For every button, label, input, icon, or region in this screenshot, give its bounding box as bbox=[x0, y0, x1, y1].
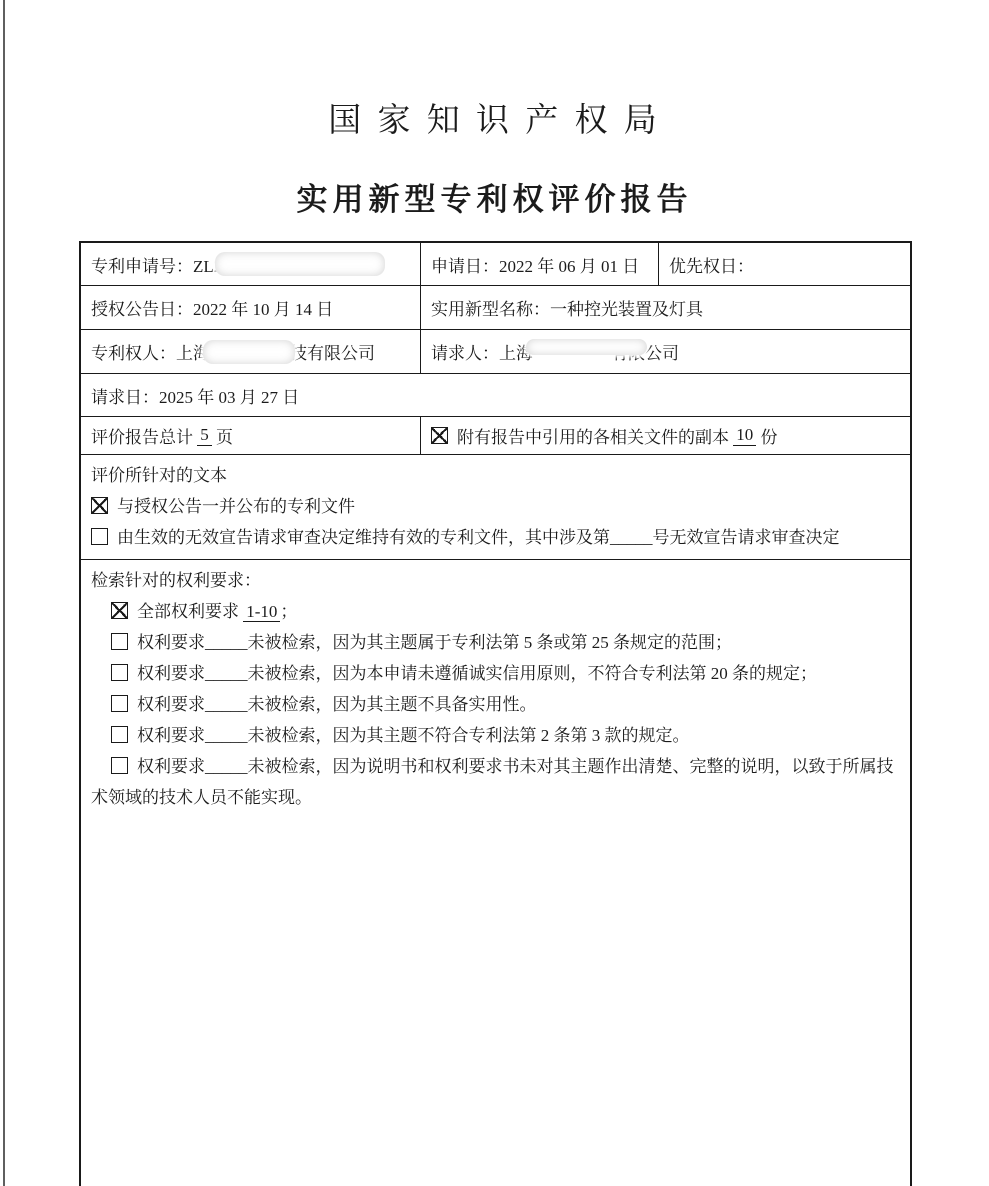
report-title: 实用新型专利权评价报告 bbox=[0, 174, 989, 219]
excluded-clarity-label: 权利要求_____未被检索，因为说明书和权利要求书未对其主题作出清楚、完整的说明… bbox=[91, 757, 894, 807]
copies-suffix: 份 bbox=[761, 423, 778, 448]
redaction-patch-application-number bbox=[222, 253, 380, 275]
application-number-text: 专利申请号：ZL2 bbox=[91, 252, 222, 277]
total-pages-cell: 评价报告总计 5 页 bbox=[81, 417, 420, 454]
patentee-prefix: 专利权人：上海 bbox=[91, 339, 210, 364]
checklist-item-invalidation-text: 由生效的无效宣告请求审查决定维持有效的专利文件，其中涉及第_____号无效宣告请… bbox=[91, 522, 900, 553]
checklist-item-excluded-practicality: 权利要求_____未被检索，因为其主题不具备实用性。 bbox=[91, 689, 900, 720]
table-row-grant: 授权公告日：2022 年 10 月 14 日 实用新型名称：一种控光装置及灯具 bbox=[81, 286, 910, 330]
granted-text-checkbox-icon[interactable] bbox=[91, 497, 108, 514]
utility-model-name-text: 实用新型名称：一种控光装置及灯具 bbox=[431, 295, 703, 320]
all-claims-prefix: 全部权利要求 bbox=[137, 602, 239, 621]
filing-date-text: 申请日：2022 年 06 月 01 日 bbox=[431, 252, 639, 277]
checklist-item-granted-text: 与授权公告一并公布的专利文件 bbox=[91, 491, 900, 522]
excluded-article2-label: 权利要求_____未被检索，因为其主题不符合专利法第 2 条第 3 款的规定。 bbox=[137, 726, 690, 745]
table-row-parties: 专利权人：上海技有限公司 请求人：上海有限公司 bbox=[81, 330, 910, 374]
granted-text-label: 与授权公告一并公布的专利文件 bbox=[117, 497, 355, 516]
invalidation-text-checkbox-icon[interactable] bbox=[91, 528, 108, 545]
copies-count-value: 10 bbox=[733, 425, 756, 446]
all-claims-checkbox-icon[interactable] bbox=[111, 602, 128, 619]
excluded-article2-checkbox-icon[interactable] bbox=[111, 726, 128, 743]
excluded-law5-25-checkbox-icon[interactable] bbox=[111, 633, 128, 650]
evaluated-text-heading: 评价所针对的文本 bbox=[91, 460, 900, 491]
table-row-application: 专利申请号：ZL2 申请日：2022 年 06 月 01 日 优先权日： bbox=[81, 243, 910, 286]
requester-cell: 请求人：上海有限公司 bbox=[420, 330, 910, 373]
evaluated-text-cell: 评价所针对的文本 与授权公告一并公布的专利文件 由生效的无效宣告请求审查决定维持… bbox=[81, 455, 910, 559]
claims-heading: 检索针对的权利要求： bbox=[91, 565, 900, 596]
report-table: 专利申请号：ZL2 申请日：2022 年 06 月 01 日 优先权日： 授权公… bbox=[79, 241, 912, 1186]
utility-model-name-cell: 实用新型名称：一种控光装置及灯具 bbox=[420, 286, 910, 329]
invalidation-text-label: 由生效的无效宣告请求审查决定维持有效的专利文件，其中涉及第_____号无效宣告请… bbox=[117, 528, 840, 547]
total-pages-prefix: 评价报告总计 bbox=[91, 423, 193, 448]
excluded-clarity-checkbox-icon[interactable] bbox=[111, 757, 128, 774]
priority-date-label: 优先权日： bbox=[669, 252, 754, 277]
searched-claims-cell: 检索针对的权利要求： 全部权利要求 1-10； 权利要求_____未被检索，因为… bbox=[81, 560, 910, 1186]
checklist-item-excluded-good-faith: 权利要求_____未被检索，因为本申请未遵循诚实信用原则，不符合专利法第 20 … bbox=[91, 658, 900, 689]
request-date-text: 请求日：2025 年 03 月 27 日 bbox=[91, 383, 299, 408]
checklist-item-excluded-clarity: 权利要求_____未被检索，因为说明书和权利要求书未对其主题作出清楚、完整的说明… bbox=[91, 751, 900, 813]
table-row-report-pages: 评价报告总计 5 页 附有报告中引用的各相关文件的副本 10 份 bbox=[81, 417, 910, 455]
copies-checkbox-icon[interactable] bbox=[431, 427, 448, 444]
redaction-patch-requester bbox=[533, 341, 611, 363]
application-number-cell: 专利申请号：ZL2 bbox=[81, 243, 420, 285]
document-page: 国 家 知 识 产 权 局 实用新型专利权评价报告 专利申请号：ZL2 申请日：… bbox=[0, 0, 989, 1186]
excluded-practicality-label: 权利要求_____未被检索，因为其主题不具备实用性。 bbox=[137, 695, 537, 714]
requester-prefix: 请求人：上海 bbox=[431, 339, 533, 364]
checklist-item-excluded-law5-25: 权利要求_____未被检索，因为其主题属于专利法第 5 条或第 25 条规定的范… bbox=[91, 627, 900, 658]
grant-date-cell: 授权公告日：2022 年 10 月 14 日 bbox=[81, 286, 420, 329]
table-row-evaluated-text: 评价所针对的文本 与授权公告一并公布的专利文件 由生效的无效宣告请求审查决定维持… bbox=[81, 455, 910, 560]
request-date-cell: 请求日：2025 年 03 月 27 日 bbox=[81, 374, 910, 416]
table-row-request-date: 请求日：2025 年 03 月 27 日 bbox=[81, 374, 910, 417]
filing-date-cell: 申请日：2022 年 06 月 01 日 bbox=[420, 243, 658, 285]
table-row-searched-claims: 检索针对的权利要求： 全部权利要求 1-10； 权利要求_____未被检索，因为… bbox=[81, 560, 910, 1186]
patentee-cell: 专利权人：上海技有限公司 bbox=[81, 330, 420, 373]
grant-date-text: 授权公告日：2022 年 10 月 14 日 bbox=[91, 295, 333, 320]
agency-title: 国 家 知 识 产 权 局 bbox=[0, 94, 989, 141]
total-pages-suffix: 页 bbox=[216, 423, 233, 448]
redaction-patch-patentee bbox=[210, 341, 290, 363]
excluded-good-faith-checkbox-icon[interactable] bbox=[111, 664, 128, 681]
copies-cell: 附有报告中引用的各相关文件的副本 10 份 bbox=[420, 417, 910, 454]
all-claims-suffix: ； bbox=[280, 602, 297, 621]
excluded-practicality-checkbox-icon[interactable] bbox=[111, 695, 128, 712]
total-pages-value: 5 bbox=[197, 425, 212, 446]
priority-date-cell: 优先权日： bbox=[658, 243, 910, 285]
excluded-good-faith-label: 权利要求_____未被检索，因为本申请未遵循诚实信用原则，不符合专利法第 20 … bbox=[137, 664, 817, 683]
copies-prefix: 附有报告中引用的各相关文件的副本 bbox=[457, 423, 729, 448]
checklist-item-excluded-article2: 权利要求_____未被检索，因为其主题不符合专利法第 2 条第 3 款的规定。 bbox=[91, 720, 900, 751]
excluded-law5-25-label: 权利要求_____未被检索，因为其主题属于专利法第 5 条或第 25 条规定的范… bbox=[137, 633, 732, 652]
patentee-suffix: 技有限公司 bbox=[290, 339, 375, 364]
all-claims-range: 1-10 bbox=[243, 602, 280, 622]
checklist-item-all-claims: 全部权利要求 1-10； bbox=[91, 596, 900, 627]
